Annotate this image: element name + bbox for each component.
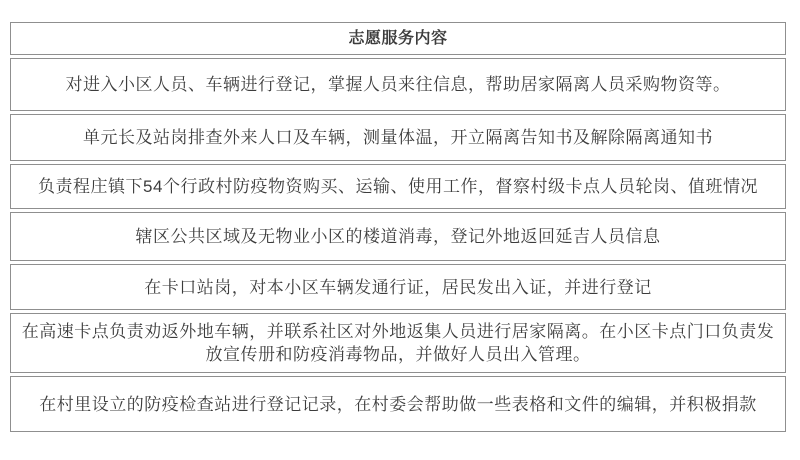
table-row: 负责程庄镇下54个行政村防疫物资购买、运输、使用工作，督察村级卡点人员轮岗、值班… [10,164,786,209]
row-text: 在卡口站岗，对本小区车辆发通行证，居民发出入证，并进行登记 [144,276,652,299]
row-text: 对进入小区人员、车辆进行登记，掌握人员来往信息，帮助居家隔离人员采购物资等。 [66,73,731,96]
row-text: 在村里设立的防疫检查站进行登记记录，在村委会帮助做一些表格和文件的编辑，并积极捐… [39,393,757,416]
table-title: 志愿服务内容 [348,27,447,50]
table-row: 对进入小区人员、车辆进行登记，掌握人员来往信息，帮助居家隔离人员采购物资等。 [10,58,786,111]
table-row: 单元长及站岗排查外来人口及车辆，测量体温，开立隔离告知书及解除隔离通知书 [10,114,786,161]
table-header-row: 志愿服务内容 [10,22,786,55]
table-row: 在高速卡点负责劝返外地车辆，并联系社区对外地返集人员进行居家隔离。在小区卡点门口… [10,313,786,373]
row-text: 在高速卡点负责劝返外地车辆，并联系社区对外地返集人员进行居家隔离。在小区卡点门口… [17,320,779,366]
table-row: 在卡口站岗，对本小区车辆发通行证，居民发出入证，并进行登记 [10,264,786,310]
volunteer-service-table: 志愿服务内容 对进入小区人员、车辆进行登记，掌握人员来往信息，帮助居家隔离人员采… [10,22,786,435]
row-text: 负责程庄镇下54个行政村防疫物资购买、运输、使用工作，督察村级卡点人员轮岗、值班… [38,175,758,198]
row-text: 单元长及站岗排查外来人口及车辆，测量体温，开立隔离告知书及解除隔离通知书 [83,126,713,149]
row-text: 辖区公共区域及无物业小区的楼道消毒，登记外地返回延吉人员信息 [136,225,661,248]
table-row: 辖区公共区域及无物业小区的楼道消毒，登记外地返回延吉人员信息 [10,212,786,261]
table-row: 在村里设立的防疫检查站进行登记记录，在村委会帮助做一些表格和文件的编辑，并积极捐… [10,376,786,432]
